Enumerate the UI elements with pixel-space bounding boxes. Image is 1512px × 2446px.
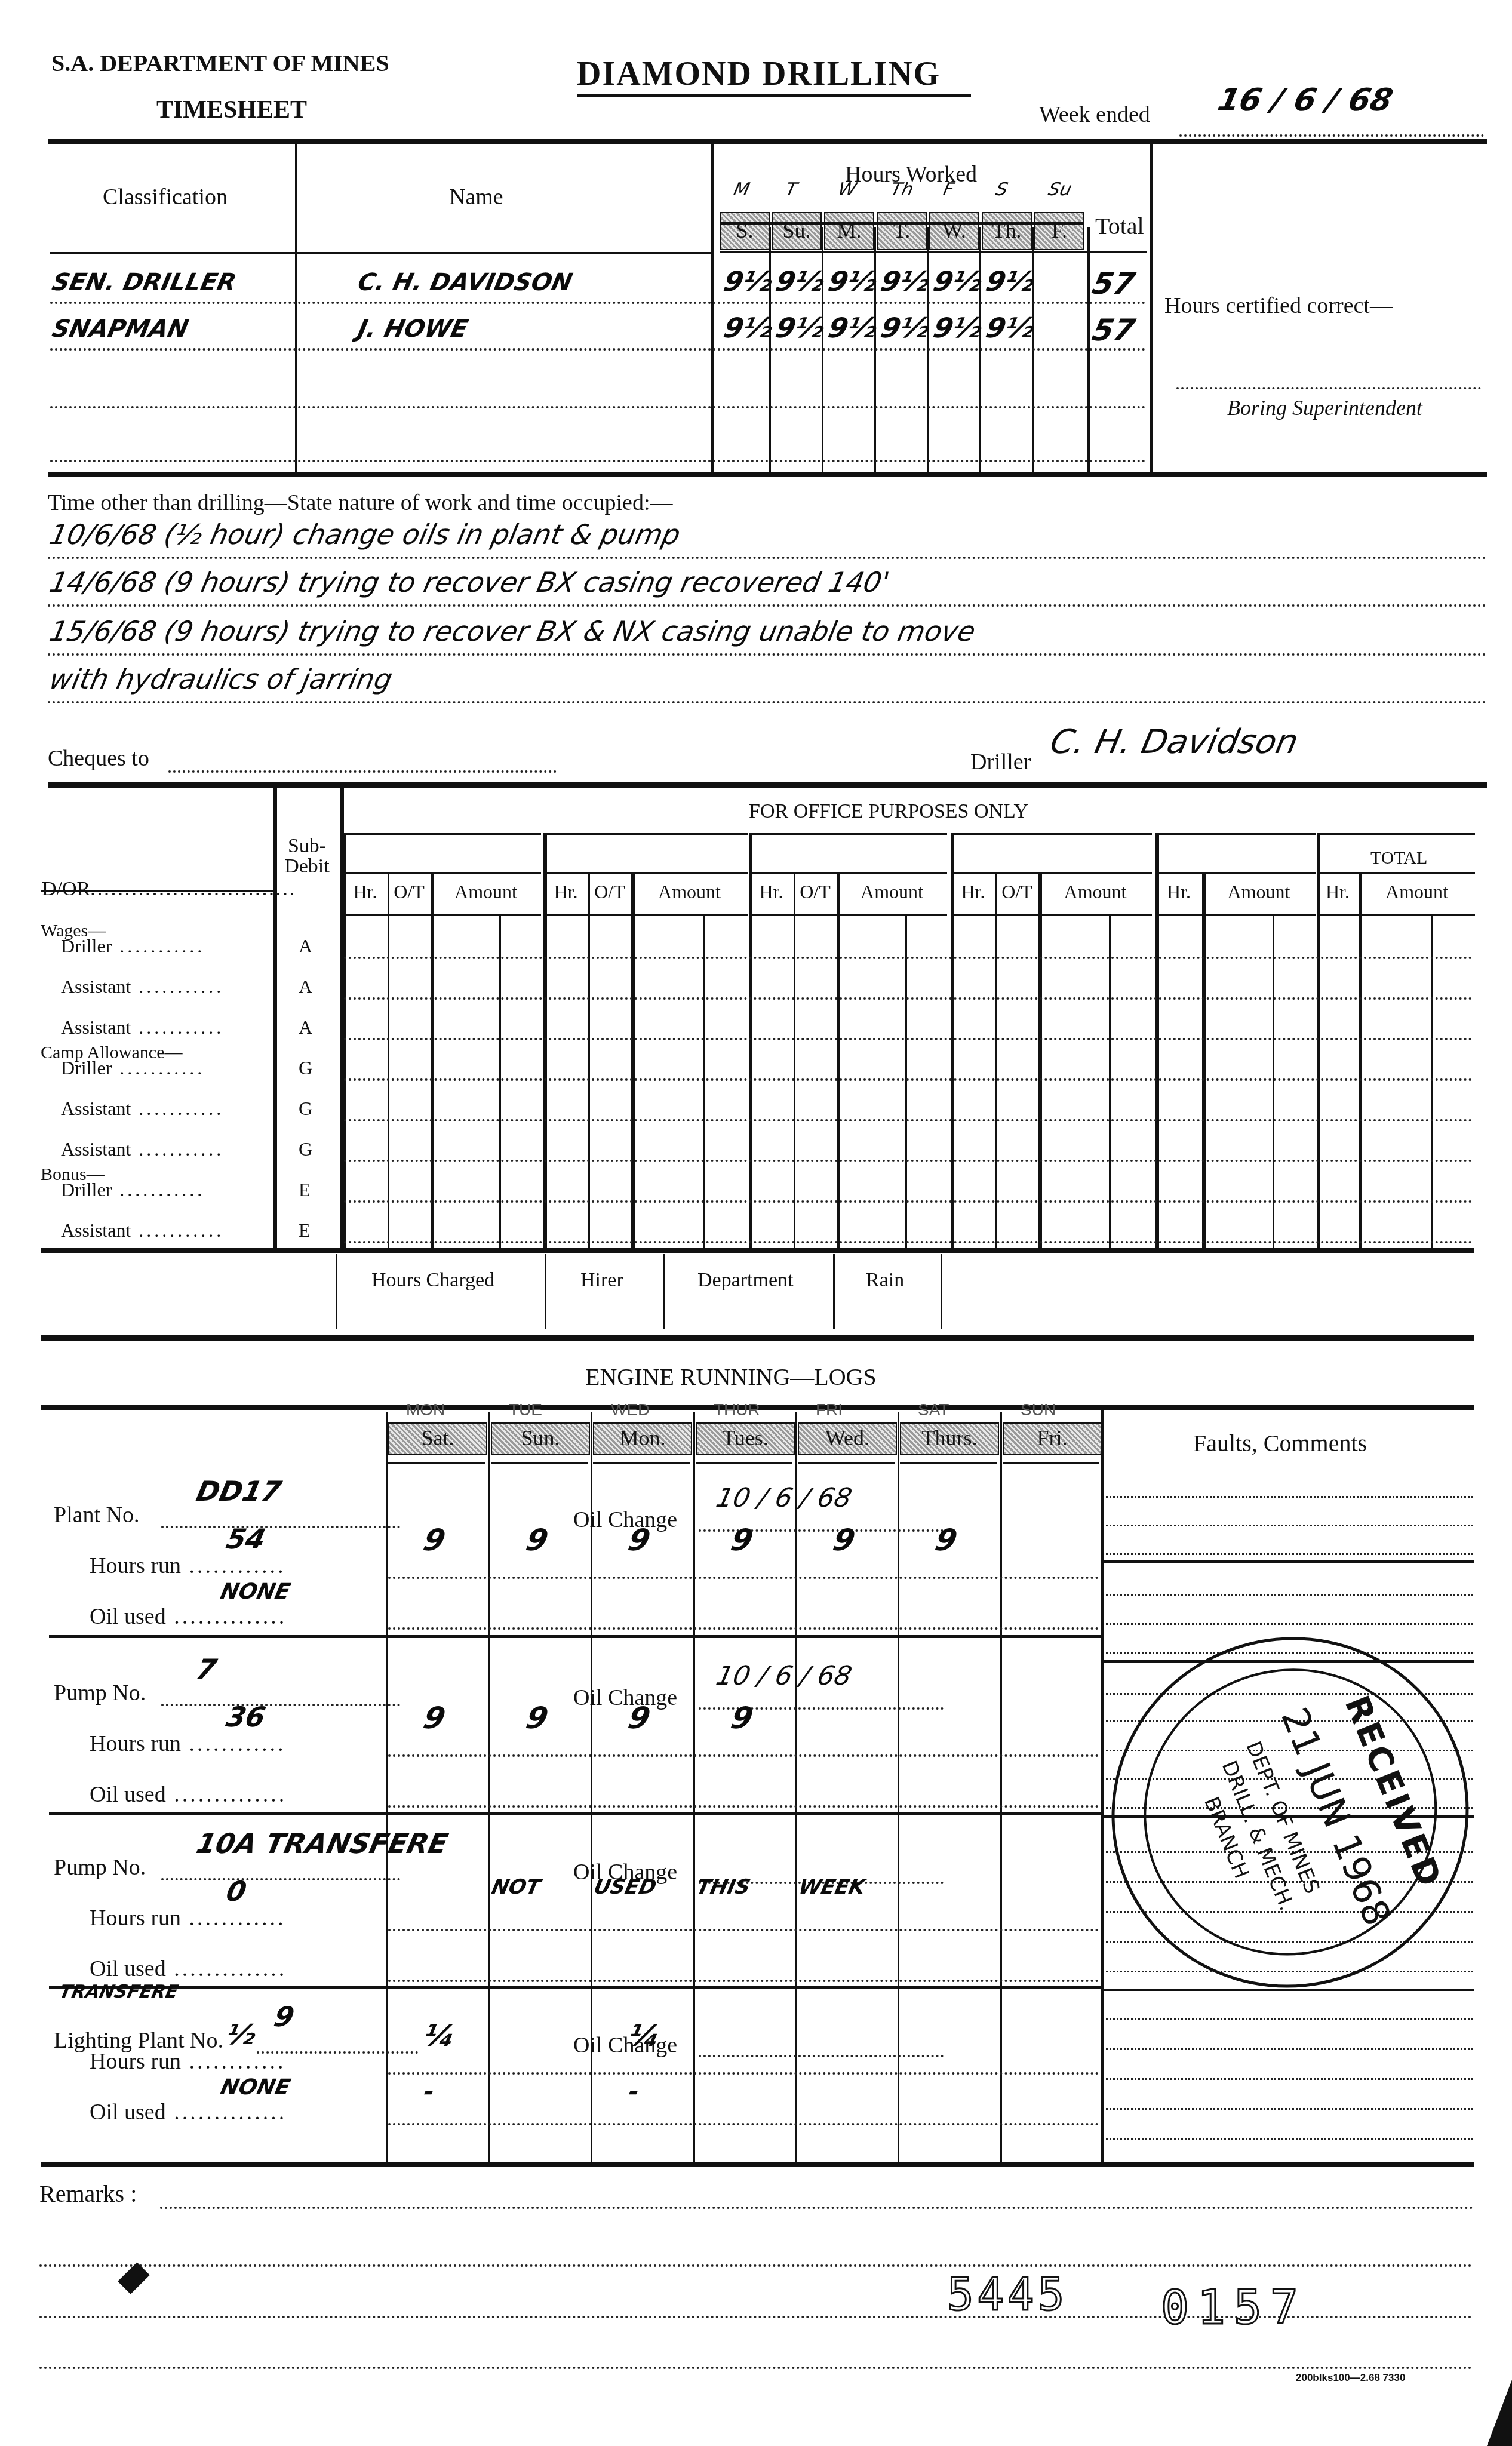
remarks-line-1[interactable] [160, 2207, 1474, 2209]
oil-change-label: Oil Change [573, 2032, 677, 2058]
cheques-to-field[interactable] [168, 770, 557, 773]
hours-cell[interactable]: 9½ [878, 265, 932, 297]
office-row-line[interactable] [344, 957, 1473, 959]
office-col-header: O/T [588, 881, 631, 903]
engine-block-label: Pump No. [54, 1854, 146, 1880]
time-other-line[interactable]: 14/6/68 (9 hours) trying to recover BX c… [47, 566, 892, 598]
hours-run-total[interactable]: ½ [223, 2018, 259, 2051]
office-col-header: Amount [1038, 881, 1152, 903]
handwritten-day-6: Su [1046, 179, 1074, 200]
faults-line[interactable] [1106, 1496, 1473, 1498]
page-corner [1487, 2380, 1512, 2446]
engine-block-label: Plant No. [54, 1502, 140, 1528]
office-col-header: Amount [1202, 881, 1316, 903]
serial-number-1: 5445 [947, 2269, 1068, 2321]
oil-used-label: Oil used .............. [90, 2099, 287, 2125]
printed-day-1: Su. [772, 212, 822, 250]
hours-cell[interactable]: 9½ [930, 265, 985, 297]
office-col-header: O/T [388, 881, 431, 903]
office-row-line[interactable] [344, 1078, 1473, 1081]
office-col-header: Amount [631, 881, 748, 903]
hours-run-cell[interactable]: 9 [523, 1523, 551, 1557]
printed-day-4: W. [929, 212, 979, 250]
office-col-header: Hr. [1317, 881, 1359, 903]
transfer-note: TRANSFERE [57, 1981, 180, 2002]
oil-used-label: Oil used .............. [90, 1603, 287, 1630]
hours-cell[interactable]: 9½ [930, 312, 985, 344]
hours-certified-label: Hours certified correct— [1164, 293, 1393, 319]
oil-used-cell[interactable]: - [421, 2078, 437, 2106]
hours-run-label: Hours run ............ [90, 1905, 286, 1931]
subdebit-code: E [299, 1179, 311, 1201]
engine-handwritten-day: SUN [1021, 1400, 1056, 1419]
office-row-label: Assistant ........... [61, 1098, 224, 1120]
engine-block-label: Pump No. [54, 1680, 146, 1706]
classification-cell[interactable]: SNAPMAN [50, 315, 191, 343]
hours-run-label: Hours run ............ [90, 2048, 286, 2075]
office-col-header: Amount [1359, 881, 1475, 903]
department-label: Department [697, 1269, 794, 1292]
faults-line[interactable] [1106, 1553, 1473, 1555]
col-total: Total [1095, 212, 1144, 240]
subdebit-code: G [299, 1138, 312, 1160]
oil-used-label: Oil used .............. [90, 1781, 287, 1808]
oil-change-date[interactable]: 10 / 6 / 68 [714, 1661, 855, 1691]
office-row-line[interactable] [344, 1038, 1473, 1040]
hours-run-cell[interactable]: 9 [420, 1701, 448, 1735]
subdebit-code: G [299, 1057, 312, 1079]
hours-run-cell[interactable]: 9 [728, 1523, 756, 1557]
printed-day-2: M. [824, 212, 874, 250]
oil-used-total[interactable]: NONE [219, 2075, 293, 2100]
engine-printed-day: Fri. [1003, 1422, 1102, 1455]
engine-handwritten-day: THUR [714, 1400, 760, 1419]
office-row-label: Driller ........... [61, 935, 205, 957]
hours-run-cell[interactable]: 9 [420, 1523, 448, 1557]
hours-run-label: Hours run ............ [90, 1553, 286, 1579]
remarks-line-2[interactable] [39, 2264, 1473, 2267]
faults-line[interactable] [1106, 1525, 1473, 1526]
engine-handwritten-day: SAT [918, 1400, 949, 1419]
faults-line[interactable] [1106, 1594, 1473, 1596]
hours-cell[interactable]: 9½ [773, 265, 827, 297]
time-other-line[interactable]: with hydraulics of jarring [47, 663, 395, 695]
oil-change-label: Oil Change [573, 1507, 677, 1533]
engine-handwritten-day: MON [406, 1400, 445, 1419]
printed-day-6: F. [1034, 212, 1084, 250]
hours-run-cell[interactable]: 9 [932, 1523, 960, 1557]
faults-line[interactable] [1106, 2018, 1473, 2020]
name-cell[interactable]: C. H. DAVIDSON [355, 269, 575, 296]
office-row-line[interactable] [344, 1241, 1473, 1243]
office-row-label: Assistant ........... [61, 1016, 224, 1038]
subdebit-code: G [299, 1098, 312, 1120]
hours-run-cell[interactable]: NOT [490, 1875, 543, 1899]
office-row-label: Assistant ........... [61, 1138, 224, 1160]
office-col-header: Hr. [343, 881, 388, 903]
subdebit-label: Sub-Debit [283, 836, 331, 877]
hours-run-cell[interactable]: WEEK [797, 1875, 868, 1899]
office-row-line[interactable] [344, 1119, 1473, 1121]
engine-printed-day: Mon. [593, 1422, 692, 1455]
hours-run-total[interactable]: 54 [223, 1523, 268, 1555]
engine-printed-day: Sat. [388, 1422, 487, 1455]
office-col-header: Hr. [749, 881, 794, 903]
page-title: DIAMOND DRILLING [577, 55, 941, 93]
engine-logs-title: ENGINE RUNNING—LOGS [585, 1363, 877, 1391]
dor-label: D/OR.............................. [42, 878, 296, 901]
hours-run-cell[interactable]: 9 [523, 1701, 551, 1735]
hours-run-label: Hours run ............ [90, 1731, 286, 1757]
hours-cell[interactable]: 9½ [825, 312, 880, 344]
hours-run-cell[interactable]: 9 [728, 1701, 756, 1735]
col-classification: Classification [103, 184, 228, 210]
hours-cell[interactable]: 9½ [878, 312, 932, 344]
oil-used-total[interactable]: NONE [219, 1580, 293, 1604]
hours-charged-label: Hours Charged [371, 1269, 494, 1292]
faults-line[interactable] [1106, 1623, 1473, 1625]
handwritten-day-3: Th [889, 179, 915, 200]
col-name: Name [449, 184, 503, 210]
hours-run-cell[interactable]: THIS [694, 1875, 752, 1899]
office-row-label: Assistant ........... [61, 1219, 224, 1242]
office-row-label: Assistant ........... [61, 976, 224, 998]
office-col-header: Hr. [1155, 881, 1202, 903]
office-row-label: Driller ........... [61, 1057, 205, 1079]
cheques-to-label: Cheques to [48, 745, 149, 772]
faults-line[interactable] [1106, 2138, 1473, 2140]
printed-day-5: Th. [982, 212, 1032, 250]
hours-cell[interactable]: 9½ [825, 265, 880, 297]
engine-printed-day: Wed. [798, 1422, 897, 1455]
driller-signature[interactable]: C. H. Davidson [1047, 723, 1302, 761]
engine-number[interactable]: 7 [193, 1653, 219, 1685]
engine-number[interactable]: 10A TRANSFERE [193, 1827, 451, 1860]
printed-day-3: T. [877, 212, 927, 250]
remarks-line-4[interactable] [39, 2367, 1473, 2369]
time-other-line[interactable]: 10/6/68 (½ hour) change oils in plant & … [47, 518, 683, 551]
printed-day-0: S. [720, 212, 770, 250]
time-other-label: Time other than drilling—State nature of… [48, 490, 673, 516]
office-col-header: Hr. [951, 881, 995, 903]
classification-cell[interactable]: SEN. DRILLER [50, 269, 238, 296]
office-row-line[interactable] [344, 997, 1473, 1000]
faults-comments-label: Faults, Comments [1193, 1429, 1367, 1457]
hours-cell[interactable]: 9½ [773, 312, 827, 344]
form-name: TIMESHEET [156, 96, 307, 124]
subdebit-code: E [299, 1219, 311, 1242]
engine-printed-day: Thurs. [900, 1422, 999, 1455]
engine-handwritten-day: WED [611, 1400, 650, 1419]
faults-line[interactable] [1106, 2048, 1473, 2050]
office-col-header: Amount [431, 881, 541, 903]
office-purposes-title: FOR OFFICE PURPOSES ONLY [749, 800, 1028, 823]
office-col-header: O/T [995, 881, 1038, 903]
driller-label: Driller [970, 749, 1031, 775]
engine-printed-day: Tues. [696, 1422, 795, 1455]
title-underline [577, 94, 971, 97]
subdebit-code: A [299, 935, 312, 957]
handwritten-day-1: T [783, 179, 799, 200]
boring-superintendent-label: Boring Superintendent [1227, 395, 1422, 420]
subdebit-code: A [299, 976, 312, 998]
print-code: 200blks100—2.68 7330 [1296, 2372, 1405, 2384]
engine-number[interactable]: DD17 [193, 1475, 284, 1507]
hours-run-cell[interactable]: ¼ [420, 2018, 459, 2053]
department-name: S.A. DEPARTMENT OF MINES [51, 49, 389, 77]
hours-cell[interactable]: 9½ [983, 265, 1037, 297]
office-total-label: TOTAL [1370, 848, 1427, 868]
oil-used-label: Oil used .............. [90, 1956, 287, 1982]
remarks-label: Remarks : [39, 2180, 137, 2208]
subdebit-code: A [299, 1016, 312, 1038]
hours-run-total[interactable]: 36 [223, 1701, 268, 1733]
faults-line[interactable] [1106, 2108, 1473, 2110]
rain-label: Rain [866, 1269, 904, 1292]
oil-used-cell[interactable]: - [626, 2078, 641, 2106]
faults-line[interactable] [1106, 2078, 1473, 2080]
week-ended-value[interactable]: 16 / 6 / 68 [1215, 82, 1396, 118]
total-cell[interactable]: 57 [1089, 313, 1138, 348]
time-other-line[interactable]: 15/6/68 (9 hours) trying to recover BX &… [47, 615, 978, 647]
name-cell[interactable]: J. HOWE [355, 315, 471, 343]
office-row-line[interactable] [344, 1160, 1473, 1162]
serial-number-2: 0157 [1161, 2281, 1307, 2335]
handwritten-day-2: W [836, 179, 858, 200]
total-cell[interactable]: 57 [1089, 266, 1138, 301]
hours-cell[interactable]: 9½ [983, 312, 1037, 344]
handwritten-day-5: S [994, 179, 1009, 200]
diamond-mark-icon [118, 2262, 150, 2294]
hours-run-cell[interactable]: 9 [830, 1523, 858, 1557]
engine-handwritten-day: TUE [509, 1400, 542, 1419]
engine-printed-day: Sun. [491, 1422, 590, 1455]
office-row-line[interactable] [344, 1200, 1473, 1203]
week-ended-label: Week ended [1039, 102, 1150, 128]
oil-change-date[interactable]: 10 / 6 / 68 [714, 1483, 855, 1513]
hirer-label: Hirer [580, 1269, 623, 1292]
office-col-header: O/T [794, 881, 837, 903]
engine-handwritten-day: FRI [816, 1400, 843, 1419]
hours-cell[interactable]: 9½ [721, 265, 775, 297]
oil-change-label: Oil Change [573, 1685, 677, 1711]
hours-run-cell[interactable]: USED [592, 1875, 659, 1899]
hours-cell[interactable]: 9½ [721, 312, 775, 344]
handwritten-day-0: M [732, 179, 751, 200]
engine-number[interactable]: 9 [271, 2001, 297, 2033]
office-col-header: Amount [837, 881, 947, 903]
office-row-label: Driller ........... [61, 1179, 205, 1201]
office-col-header: Hr. [543, 881, 588, 903]
